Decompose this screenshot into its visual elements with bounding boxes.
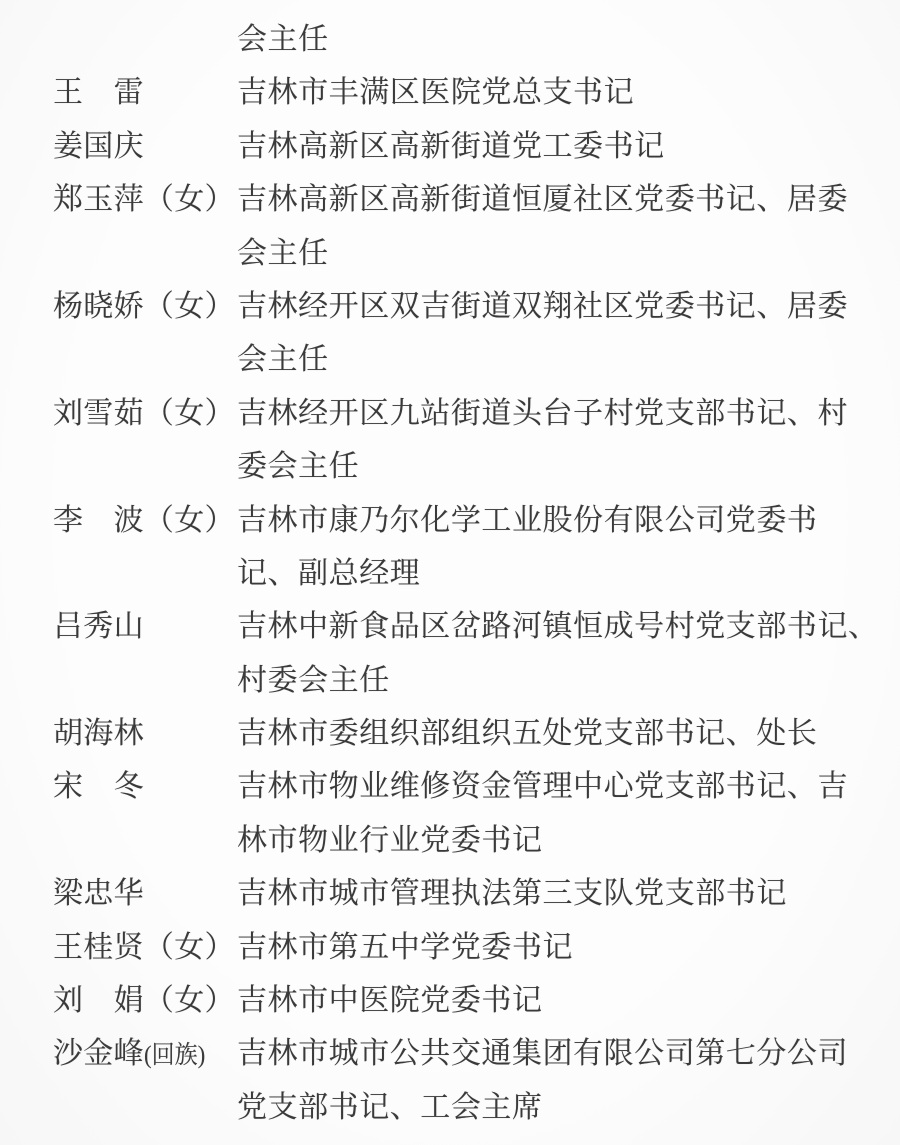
- roster-list: 会主任 王 雷 吉林市丰满区医院党总支书记 姜国庆 吉林高新区高新街道党工委书记…: [53, 13, 873, 1134]
- position-line: 吉林市委组织部组织五处党支部书记、处长: [237, 707, 873, 760]
- name-column: 沙金峰(回族): [53, 1027, 237, 1080]
- position-line: 吉林市城市公共交通集团有限公司第七分公司: [237, 1027, 873, 1080]
- position-line: 会主任: [237, 333, 873, 386]
- position-line: 记、副总经理: [237, 547, 873, 600]
- roster-entry: 郑玉萍（女） 吉林高新区高新街道恒厦社区党委书记、居委会主任: [53, 173, 873, 280]
- position-column: 吉林市物业维修资金管理中心党支部书记、吉林市物业行业党委书记: [237, 760, 873, 867]
- person-tag: （女）: [144, 183, 235, 216]
- position-column: 吉林市城市管理执法第三支队党支部书记: [237, 867, 873, 920]
- position-line: 林市物业行业党委书记: [237, 814, 873, 867]
- name-column: 王 雷: [53, 66, 237, 119]
- position-line: 村委会主任: [237, 654, 873, 707]
- position-column: 会主任: [237, 13, 873, 66]
- roster-entry: 刘 娟（女） 吉林市中医院党委书记: [53, 974, 873, 1027]
- person-name: 王桂贤: [53, 931, 144, 964]
- position-column: 吉林市丰满区医院党总支书记: [237, 66, 873, 119]
- person-name: 梁忠华: [53, 877, 144, 910]
- position-line: 吉林经开区九站街道头台子村党支部书记、村: [237, 387, 873, 440]
- roster-entry: 梁忠华 吉林市城市管理执法第三支队党支部书记: [53, 867, 873, 920]
- person-tag: （女）: [144, 290, 235, 323]
- position-line: 吉林高新区高新街道恒厦社区党委书记、居委: [237, 173, 873, 226]
- name-column: 王桂贤（女）: [53, 921, 237, 974]
- person-tag: (回族): [144, 1029, 205, 1082]
- position-line: 吉林市第五中学党委书记: [237, 921, 873, 974]
- person-name: 宋 冬: [53, 770, 144, 803]
- position-column: 吉林市第五中学党委书记: [237, 921, 873, 974]
- person-name: 胡海林: [53, 717, 144, 750]
- name-column: 姜国庆: [53, 120, 237, 173]
- position-line: 吉林市康乃尔化学工业股份有限公司党委书: [237, 494, 873, 547]
- position-column: 吉林高新区高新街道党工委书记: [237, 120, 873, 173]
- position-line: 吉林高新区高新街道党工委书记: [237, 120, 873, 173]
- position-column: 吉林经开区九站街道头台子村党支部书记、村委会主任: [237, 387, 873, 494]
- position-line: 吉林市物业维修资金管理中心党支部书记、吉: [237, 760, 873, 813]
- roster-entry: 宋 冬 吉林市物业维修资金管理中心党支部书记、吉林市物业行业党委书记: [53, 760, 873, 867]
- name-column: 梁忠华: [53, 867, 237, 920]
- name-column: 郑玉萍（女）: [53, 173, 237, 226]
- position-column: 吉林经开区双吉街道双翔社区党委书记、居委会主任: [237, 280, 873, 387]
- roster-entry: 刘雪茹（女） 吉林经开区九站街道头台子村党支部书记、村委会主任: [53, 387, 873, 494]
- position-column: 吉林高新区高新街道恒厦社区党委书记、居委会主任: [237, 173, 873, 280]
- position-column: 吉林市中医院党委书记: [237, 974, 873, 1027]
- person-tag: （女）: [144, 504, 235, 537]
- name-column: 刘雪茹（女）: [53, 387, 237, 440]
- name-column: [53, 13, 237, 66]
- person-name: 吕秀山: [53, 610, 144, 643]
- position-line: 委会主任: [237, 440, 873, 493]
- person-name: 杨晓娇: [53, 290, 144, 323]
- document-page: 会主任 王 雷 吉林市丰满区医院党总支书记 姜国庆 吉林高新区高新街道党工委书记…: [0, 0, 900, 1145]
- person-tag: （女）: [144, 984, 235, 1017]
- person-name: 王 雷: [53, 76, 144, 109]
- roster-entry: 杨晓娇（女） 吉林经开区双吉街道双翔社区党委书记、居委会主任: [53, 280, 873, 387]
- roster-entry: 吕秀山 吉林中新食品区岔路河镇恒成号村党支部书记、村委会主任: [53, 600, 873, 707]
- roster-entry: 李 波（女） 吉林市康乃尔化学工业股份有限公司党委书记、副总经理: [53, 494, 873, 601]
- name-column: 刘 娟（女）: [53, 974, 237, 1027]
- position-line: 吉林经开区双吉街道双翔社区党委书记、居委: [237, 280, 873, 333]
- person-name: 刘雪茹: [53, 397, 144, 430]
- name-column: 杨晓娇（女）: [53, 280, 237, 333]
- person-name: 刘 娟: [53, 984, 144, 1017]
- position-column: 吉林市康乃尔化学工业股份有限公司党委书记、副总经理: [237, 494, 873, 601]
- person-name: 李 波: [53, 504, 144, 537]
- roster-entry: 姜国庆 吉林高新区高新街道党工委书记: [53, 120, 873, 173]
- person-name: 姜国庆: [53, 130, 144, 163]
- position-line: 会主任: [237, 227, 873, 280]
- position-line: 吉林市城市管理执法第三支队党支部书记: [237, 867, 873, 920]
- position-column: 吉林市委组织部组织五处党支部书记、处长: [237, 707, 873, 760]
- position-line: 党支部书记、工会主席: [237, 1081, 873, 1134]
- position-column: 吉林市城市公共交通集团有限公司第七分公司党支部书记、工会主席: [237, 1027, 873, 1134]
- roster-entry: 沙金峰(回族) 吉林市城市公共交通集团有限公司第七分公司党支部书记、工会主席: [53, 1027, 873, 1134]
- roster-entry: 王桂贤（女） 吉林市第五中学党委书记: [53, 921, 873, 974]
- person-tag: （女）: [144, 397, 235, 430]
- position-column: 吉林中新食品区岔路河镇恒成号村党支部书记、村委会主任: [237, 600, 873, 707]
- name-column: 宋 冬: [53, 760, 237, 813]
- name-column: 李 波（女）: [53, 494, 237, 547]
- roster-entry: 王 雷 吉林市丰满区医院党总支书记: [53, 66, 873, 119]
- name-column: 胡海林: [53, 707, 237, 760]
- roster-entry: 会主任: [53, 13, 873, 66]
- person-name: 沙金峰: [53, 1037, 144, 1070]
- roster-entry: 胡海林 吉林市委组织部组织五处党支部书记、处长: [53, 707, 873, 760]
- person-tag: （女）: [144, 931, 235, 964]
- name-column: 吕秀山: [53, 600, 237, 653]
- position-line: 吉林市丰满区医院党总支书记: [237, 66, 873, 119]
- position-line: 吉林中新食品区岔路河镇恒成号村党支部书记、: [237, 600, 873, 653]
- person-name: 郑玉萍: [53, 183, 144, 216]
- position-line: 会主任: [237, 13, 873, 66]
- position-line: 吉林市中医院党委书记: [237, 974, 873, 1027]
